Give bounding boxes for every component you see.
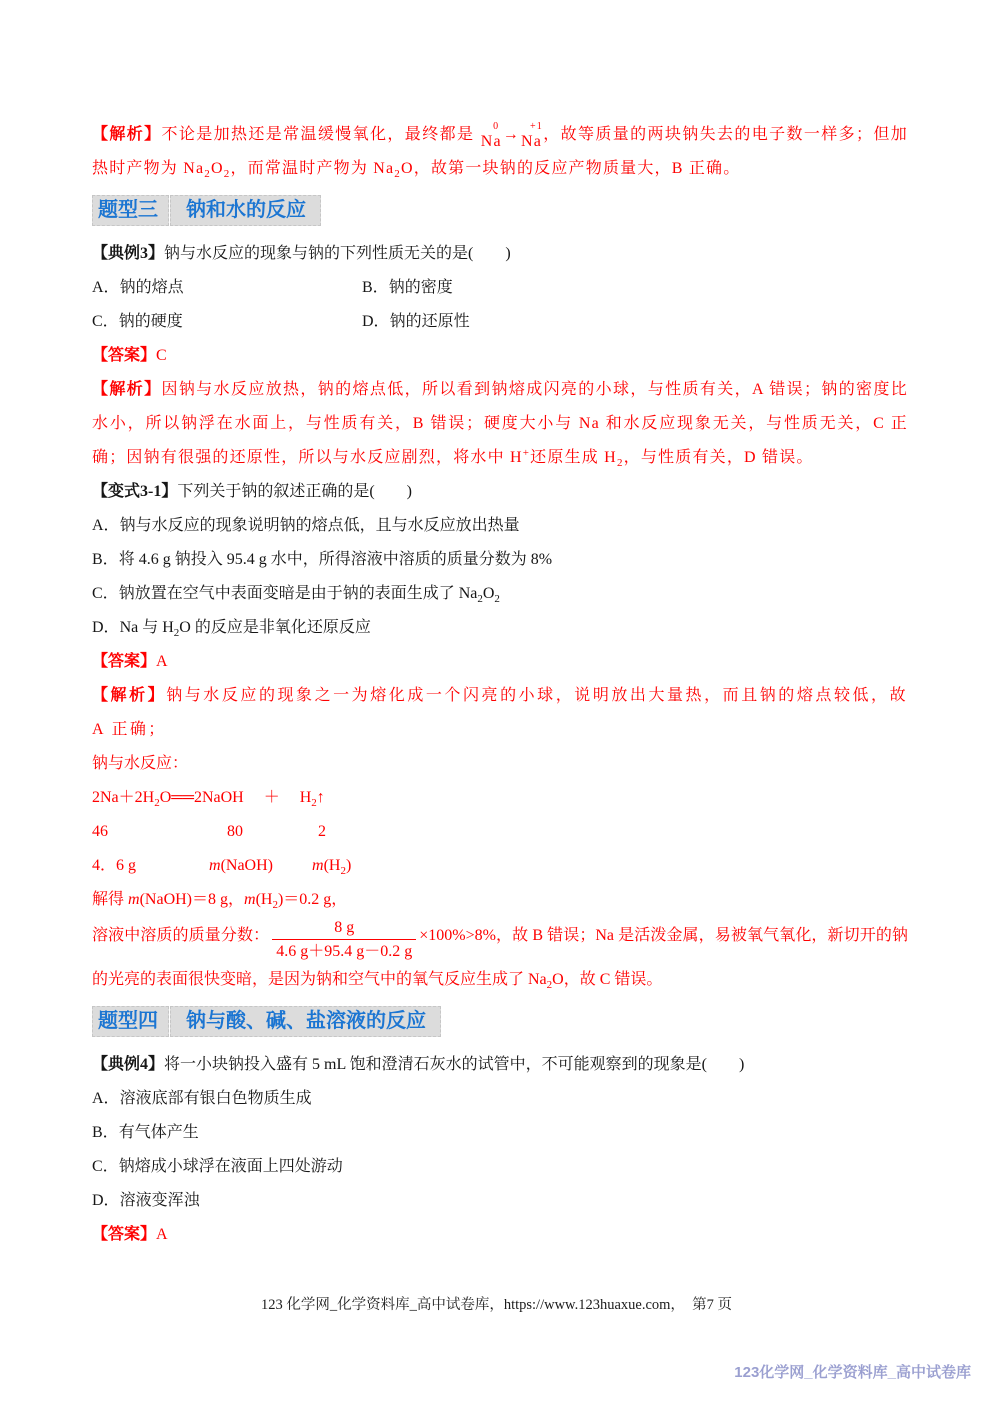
example4-question: 【典例4】将一小块钠投入盛有 5 mL 饱和澄清石灰水的试管中，不可能观察到的现… [92, 1048, 908, 1082]
mass-na: 4．6 g [92, 849, 136, 883]
answer-value: C [156, 347, 167, 364]
section3-heading-row: 题型三 钠和水的反应 [92, 186, 908, 237]
chem-equation-block: 2Na＋2H2O══2NaOH ＋ H2↑ 46 80 2 4．6 g m(Na… [92, 781, 908, 917]
analysis-text: 因钠与水反应放热，钠的熔点低，所以看到钠熔成闪亮的小球，与性质有关，A 错误；钠… [92, 381, 908, 466]
equation-text: 2Na＋2H2O══2NaOH ＋ H2↑ [92, 789, 325, 806]
answer-label: 【答案】 [92, 347, 156, 364]
option-item-d: D．Na 与 H2O 的反应是非氧化还原反应 [92, 611, 908, 645]
analysis-label: 【解析】 [92, 687, 166, 704]
question-text: 钠与水反应的现象与钠的下列性质无关的是( ) [164, 245, 511, 262]
answer-value: A [156, 653, 168, 670]
option-item-a: A．钠的熔点 [92, 271, 362, 305]
heading-title: 钠与酸、碱、盐溶液的反应 [170, 1006, 441, 1037]
option-item-b: B．将 4.6 g 钠投入 95.4 g 水中，所得溶液中溶质的质量分数为 8% [92, 543, 908, 577]
equation-mass-row: 4．6 g m(NaOH) m(H2) [92, 849, 908, 883]
option-item-a: A．钠与水反应的现象说明钠的熔点低，且与水反应放出热量 [92, 509, 908, 543]
heading-title: 钠和水的反应 [170, 195, 321, 226]
analysis-label: 【解析】 [92, 381, 161, 398]
option-text: 钠与水反应的现象说明钠的熔点低，且与水反应放出热量 [120, 517, 520, 534]
option-item-b: B．有气体产生 [92, 1116, 908, 1150]
option-key: A． [92, 1090, 120, 1107]
option-text: Na 与 H2O 的反应是非氧化还原反应 [120, 619, 371, 636]
option-item-b: B．钠的密度 [362, 271, 632, 305]
option-text: 溶液底部有银白色物质生成 [120, 1090, 312, 1107]
mass-fraction-text: 溶液中溶质的质量分数：8 g4.6 g＋95.4 g－0.2 g×100%>8%… [92, 927, 908, 988]
option-item-c: C．钠熔成小球浮在液面上四处游动 [92, 1150, 908, 1184]
option-item-c: C．钠放置在空气中表面变暗是由于钠的表面生成了 Na2O2 [92, 577, 908, 611]
option-key: D． [362, 313, 390, 330]
option-item-a: A．溶液底部有银白色物质生成 [92, 1082, 908, 1116]
example4-answer-line: 【答案】A [92, 1218, 908, 1252]
equation-solve-line: 解得 m(NaOH)＝8 g，m(H2)＝0.2 g， [92, 883, 908, 917]
option-text: 钠的熔点 [120, 279, 184, 296]
site-watermark: 123化学网_化学资料库_高中试卷库 [734, 1361, 971, 1382]
option-text: 钠的硬度 [119, 313, 183, 330]
equation-ratio-row: 46 80 2 [92, 815, 908, 849]
option-item-d: D．钠的还原性 [362, 305, 632, 339]
option-key: C． [92, 585, 119, 602]
option-text: 将 4.6 g 钠投入 95.4 g 水中，所得溶液中溶质的质量分数为 8% [119, 551, 552, 568]
document-page: 【解析】不论是加热还是常温缓慢氧化，最终都是 0Na→+1Na，故等质量的两块钠… [92, 118, 908, 1252]
question-text: 下列关于钠的叙述正确的是( ) [177, 483, 412, 500]
option-key: B． [92, 1124, 119, 1141]
option-item-c: C．钠的硬度 [92, 305, 362, 339]
ratio-naoh: 80 [227, 815, 243, 849]
answer-value: A [156, 1226, 168, 1243]
prev-analysis-paragraph: 【解析】不论是加热还是常温缓慢氧化，最终都是 0Na→+1Na，故等质量的两块钠… [92, 118, 908, 186]
analysis-text: 不论是加热还是常温缓慢氧化，最终都是 0Na→+1Na，故等质量的两块钠失去的电… [92, 126, 908, 177]
section-heading-3: 题型三 钠和水的反应 [92, 195, 321, 226]
ratio-na: 46 [92, 815, 108, 849]
mass-h2: m(H2) [312, 849, 351, 883]
solve-text: 解得 m(NaOH)＝8 g，m(H2)＝0.2 g， [92, 891, 347, 908]
reaction-intro-line: 钠与水反应： [92, 747, 908, 781]
option-text: 钠的密度 [389, 279, 453, 296]
variant-label: 【变式3-1】 [92, 483, 177, 500]
mass-naoh: m(NaOH) [209, 849, 273, 883]
answer-label: 【答案】 [92, 653, 156, 670]
equation-line: 2Na＋2H2O══2NaOH ＋ H2↑ [92, 781, 908, 815]
example3-answer-line: 【答案】C [92, 339, 908, 373]
section-heading-4: 题型四 钠与酸、碱、盐溶液的反应 [92, 1006, 441, 1037]
option-text: 有气体产生 [119, 1124, 199, 1141]
option-item-d: D．溶液变浑浊 [92, 1184, 908, 1218]
option-key: A． [92, 279, 120, 296]
mass-fraction-paragraph: 溶液中溶质的质量分数：8 g4.6 g＋95.4 g－0.2 g×100%>8%… [92, 917, 908, 997]
example-label: 【典例3】 [92, 245, 164, 262]
variant31-question: 【变式3-1】下列关于钠的叙述正确的是( ) [92, 475, 908, 509]
option-key: C． [92, 1158, 119, 1175]
example3-options-row1: A．钠的熔点 B．钠的密度 [92, 271, 908, 305]
page-footer: 123 化学网_化学资料库_高中试卷库，https://www.123huaxu… [0, 1293, 993, 1314]
section4-heading-row: 题型四 钠与酸、碱、盐溶液的反应 [92, 997, 908, 1048]
heading-tag: 题型四 [92, 1006, 169, 1037]
option-text: 钠放置在空气中表面变暗是由于钠的表面生成了 Na2O2 [119, 585, 500, 602]
analysis-label: 【解析】 [92, 126, 162, 143]
question-text: 将一小块钠投入盛有 5 mL 饱和澄清石灰水的试管中，不可能观察到的现象是( ) [164, 1056, 744, 1073]
option-key: B． [362, 279, 389, 296]
example3-options-row2: C．钠的硬度 D．钠的还原性 [92, 305, 908, 339]
ratio-h2: 2 [318, 815, 326, 849]
analysis-text: 钠与水反应的现象之一为熔化成一个闪亮的小球，说明放出大量热，而且钠的熔点较低，故… [92, 687, 908, 738]
option-text: 钠的还原性 [390, 313, 470, 330]
option-key: A． [92, 517, 120, 534]
variant31-answer-line: 【答案】A [92, 645, 908, 679]
option-key: D． [92, 1192, 120, 1209]
example-label: 【典例4】 [92, 1056, 164, 1073]
reaction-intro-text: 钠与水反应： [92, 755, 188, 772]
option-key: C． [92, 313, 119, 330]
option-key: B． [92, 551, 119, 568]
heading-tag: 题型三 [92, 195, 169, 226]
option-text: 溶液变浑浊 [120, 1192, 200, 1209]
answer-label: 【答案】 [92, 1226, 156, 1243]
example3-question: 【典例3】钠与水反应的现象与钠的下列性质无关的是( ) [92, 237, 908, 271]
variant31-analysis-paragraph: 【解析】钠与水反应的现象之一为熔化成一个闪亮的小球，说明放出大量热，而且钠的熔点… [92, 679, 908, 747]
example3-analysis-paragraph: 【解析】因钠与水反应放热，钠的熔点低，所以看到钠熔成闪亮的小球，与性质有关，A … [92, 373, 908, 475]
option-key: D． [92, 619, 120, 636]
option-text: 钠熔成小球浮在液面上四处游动 [119, 1158, 343, 1175]
